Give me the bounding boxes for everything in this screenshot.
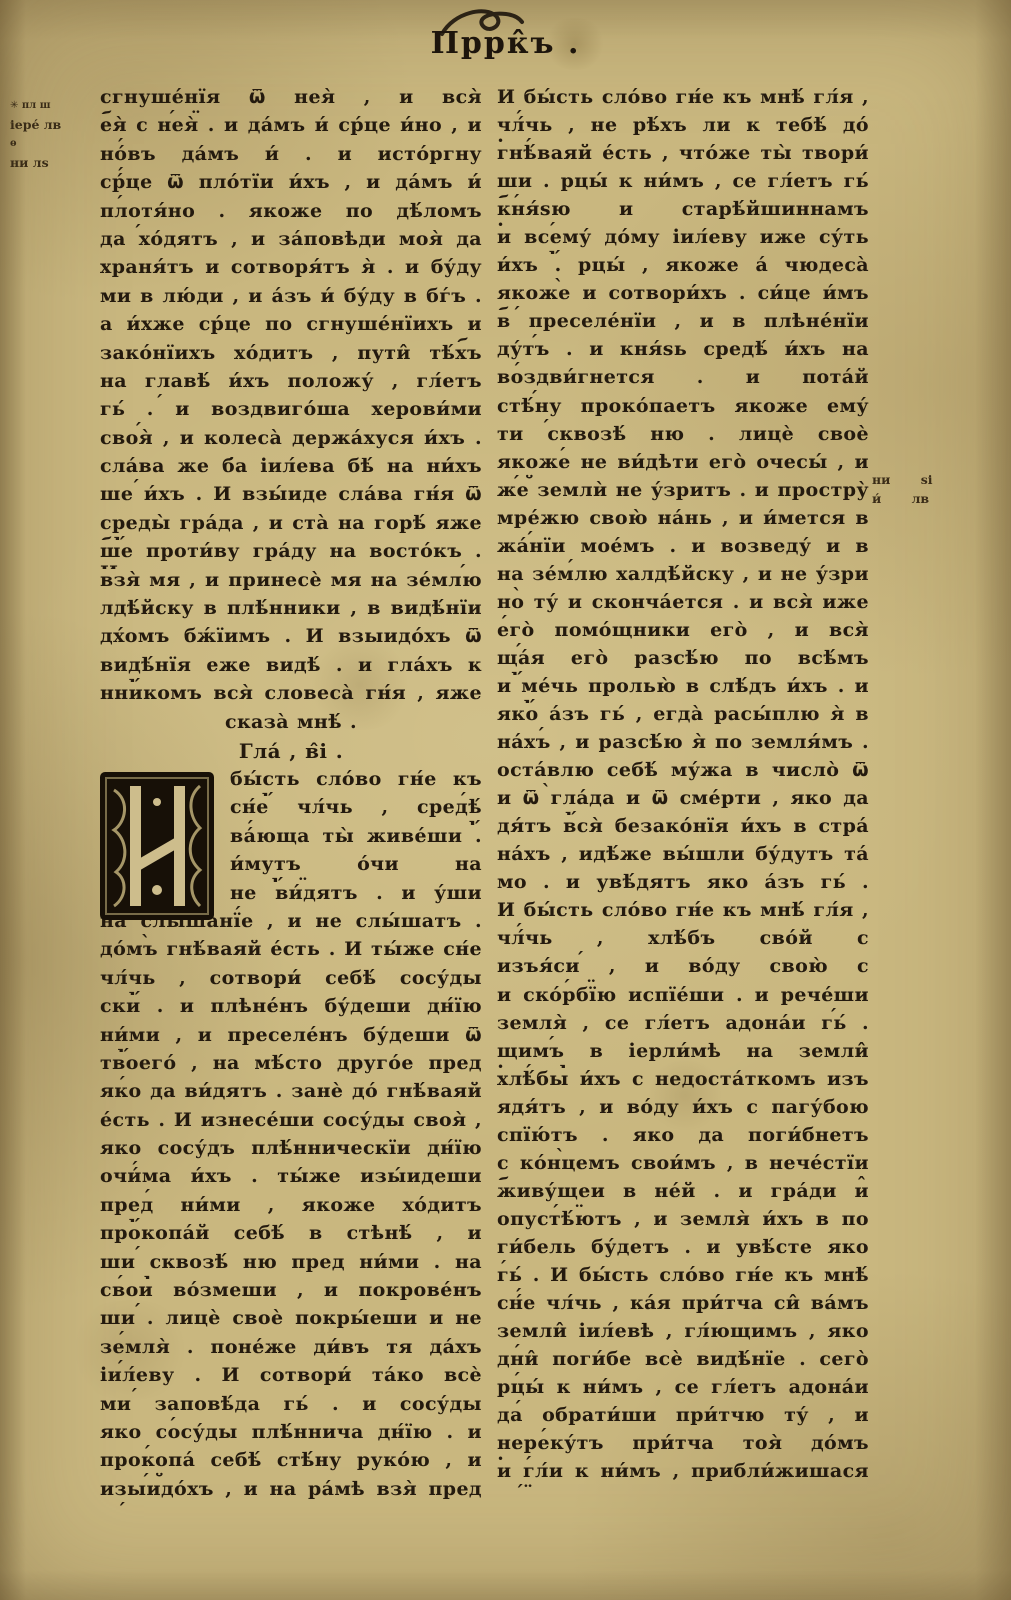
text-line: храня́тъ и сотворя́тъ я̀ . и бу́ду bbox=[100, 256, 482, 284]
text-line: пред ни́ми , якоже хо́дитъ плѣ́нникъ . bbox=[100, 1194, 482, 1222]
text-line: ти сквозѣ́ ню . лицѐ своѐ покры́етъ bbox=[497, 423, 869, 451]
text-line: дх́омъ бж́їимъ . И взыидо́хъ ѿ bbox=[100, 625, 482, 653]
text-line: кня́ѕю и старѣ́йшиннамъ іерли́мле , bbox=[497, 198, 869, 226]
margin-note-left: ✳ пл ш іере́ лв ѳ ни лѕ bbox=[10, 96, 102, 172]
right-column-lines: И бы́сть сло́во гн́е къ мнѣ́ гл́я , сн́е… bbox=[497, 86, 869, 1488]
text-line: ядя́тъ , и во́ду и́хъ с пагу́бою bbox=[497, 1096, 869, 1124]
text-line: мо . и увѣ́дятъ яко а́зъ гь́ . bbox=[497, 871, 869, 899]
text-line: земля̀ , се гл́етъ адона́и гь́ . живу́ bbox=[497, 1012, 869, 1040]
text-line: ше проти́ву гра́ду на восто́къ . И дх́ъ bbox=[100, 540, 482, 568]
text-line: очи́ма и́хъ . ты́же изы́идеши вече́ bbox=[100, 1165, 482, 1193]
text-line: и́хъ . рцы́ , якоже а́ чюдеса̀ творю̀ bbox=[497, 254, 869, 282]
text-line: И бы́сть сло́во гн́е къ мнѣ́ гл́я , сн́е bbox=[497, 86, 869, 114]
text-line: е́сть . И изнесе́ши сосу́ды своя̀ , bbox=[100, 1109, 482, 1137]
text-line: земли̂ іил́евѣ , гл́ющимъ , яко до́лзи bbox=[497, 1320, 869, 1348]
text-line: чл́чь , не рѣ́хъ ли к тебѣ́ до́ іил́евъ bbox=[497, 114, 869, 142]
text-line: яко сосу́ды плѣ́ннича дн́їю . и вече́рь bbox=[100, 1421, 482, 1449]
text-line: до́мъ гнѣ́ваяй е́сть . И ты́же сн́е bbox=[100, 938, 482, 966]
text-line: не ви́дятъ . и у́ши и́му bbox=[230, 882, 482, 910]
text-line: да обрати́ши при́тчю ту́ , и пото́мъ bbox=[497, 1404, 869, 1432]
text-line: зако́нїихъ хо́дитъ , пути̂ тѣ́хъ bbox=[100, 342, 482, 370]
text-line: ски . и плѣне́нъ бу́деши дн́їю пред bbox=[100, 995, 482, 1023]
text-line: и ме́чь пролью̀ в слѣ́дъ и́хъ . и увѣ́дя bbox=[497, 675, 869, 703]
text-line: своя̀ , и колеса̀ держа́хуся и́хъ . bbox=[100, 427, 482, 455]
text-line: воздви́гнется . и пота́й изы́идетъ bbox=[497, 366, 869, 394]
text-line: опустѣ́ютъ , и земля̀ и́хъ в по bbox=[497, 1208, 869, 1236]
text-line: дни̂ поги́бе всѐ видѣ́нїе . сего̀ ра́ди bbox=[497, 1348, 869, 1376]
book-page: Пррк̂ъ . ✳ пл ш іере́ лв ѳ ни лѕ ни ѕі и… bbox=[0, 0, 1011, 1600]
text-line: прокопа́ себѣ́ стѣ́ну руко́ю , и пота́й bbox=[100, 1449, 482, 1477]
text-line: рцы́ к ни́мъ , се гл́етъ адона́и гь́ . bbox=[497, 1376, 869, 1404]
text-line: изыидо́хъ , и на ра́мѣ взя̀ пред ни́ми . bbox=[100, 1478, 482, 1506]
text-line: якоже не ви́дѣти его̀ очесы́ , и то́й bbox=[497, 451, 869, 479]
text-line: земля̀ . поне́же ди́въ тя да́хъ до́му bbox=[100, 1336, 482, 1364]
text-line: плотя́но . якоже по дѣ́ломъ мои́мъ bbox=[100, 200, 482, 228]
margin-ref: и́ лв bbox=[872, 489, 992, 508]
text-line: среды̀ гра́да , и ста̀ на горѣ́ яже бѣ́ bbox=[100, 512, 482, 540]
text-line: нникомъ вся̀ словеса̀ гн́я , яже bbox=[100, 682, 482, 710]
text-line: сн́е чл́чь , ка́я при́тча си̂ ва́мъ на bbox=[497, 1292, 869, 1320]
text-line: и ѿ гла́да и ѿ сме́рти , яко да исповѣ́ bbox=[497, 787, 869, 815]
text-line: чл́чь , сотвори́ себѣ́ сосу́ды плѣ́нниче bbox=[100, 967, 482, 995]
text-line: живу́щеи в не́й . и гра́ди и вселе́нїи bbox=[497, 1180, 869, 1208]
text-line: прокопа́й себѣ́ в стѣнѣ́ , и изы́иде bbox=[100, 1222, 482, 1250]
margin-ref: ✳ пл ш bbox=[10, 96, 102, 115]
text-line: дя́тъ вся̀ безако́нїя и́хъ в стра́ bbox=[497, 815, 869, 843]
text-line: ду́тъ . и кня́ѕь средѣ́ и́хъ на ра́му bbox=[497, 338, 869, 366]
text-line: ми заповѣ́да гь́ . и сосу́ды изнесо́хъ bbox=[100, 1393, 482, 1421]
margin-ref: ѳ bbox=[10, 134, 102, 153]
text-line: и́мутъ о́чи на видѣ́нїе , и bbox=[230, 853, 482, 881]
text-line: бы́сть сло́во гн́е къ мнѣ́ гл́я bbox=[230, 768, 482, 796]
text-line: хлѣ́бы и́хъ с недоста́ткомъ изъ bbox=[497, 1068, 869, 1096]
text-line: ши . лицѐ своѐ покры́еши и не ви́диши bbox=[100, 1307, 482, 1335]
left-column-part2: на слы́шанїе , и не слы́шатъ . занѐдо́мъ… bbox=[100, 910, 482, 1506]
text-line: же землѝ не у́зритъ . и простру̀ bbox=[497, 479, 869, 507]
text-line: чл́чь , хлѣ́бъ сво́й с недоста́тком bbox=[497, 927, 869, 955]
text-line: ни́ми , и преселе́нъ бу́деши ѿ мѣ́ста bbox=[100, 1024, 482, 1052]
text-line: на зе́млю халдѣ́йску , и не у́зри ея̀ bbox=[497, 563, 869, 591]
text-line: ср́це ѿ пло́тїи и́хъ , и да́мъ и́ ср́це bbox=[100, 171, 482, 199]
text-line: ши . рцы́ к ни́мъ , се гл́етъ гь́ бѓъ bbox=[497, 170, 869, 198]
text-line: да хо́дятъ , и за́повѣди моя̀ да ся bbox=[100, 228, 482, 256]
right-column: И бы́сть сло́во гн́е къ мнѣ́ гл́я , сн́е… bbox=[497, 86, 869, 1488]
margin-ref: ни лѕ bbox=[10, 153, 102, 172]
text-line: оста́влю себѣ́ му́жа в число̀ ѿ меча̀ bbox=[497, 759, 869, 787]
text-line: спїю́тъ . яко да поги́бнетъ земля̀ bbox=[497, 1124, 869, 1152]
text-line: а и́хже ср́це по сгнуше́нїихъ и по бе bbox=[100, 313, 482, 341]
text-line: іил́еву . И сотвори́ та́ко всѐ ели́ко bbox=[100, 1364, 482, 1392]
left-column-part1: сгнуше́нїя ѿ нея̀ , и вся̀ безако́нїяея̀… bbox=[100, 86, 482, 711]
text-line: И бы́сть сло́во гн́е къ мнѣ́ гл́я , сн́е bbox=[497, 899, 869, 927]
left-column: сгнуше́нїя ѿ нея̀ , и вся̀ безако́нїяея̀… bbox=[100, 86, 482, 1506]
text-line: ща́я его̀ разсѣ́ю по всѣ́мъ вѣ́тро , bbox=[497, 647, 869, 675]
chapter-heading: Гла́ , в̂і . bbox=[100, 739, 482, 768]
text-line: на главѣ́ и́хъ положу́ , гл́етъ адона́и bbox=[100, 370, 482, 398]
text-line: и гл́и к ни́мъ , прибли́жишася дн́їе bbox=[497, 1460, 869, 1488]
text-line: твоего́ , на мѣ́сто друго́е пред ни́ми bbox=[100, 1052, 482, 1080]
margin-ref: ни ѕі bbox=[872, 470, 992, 489]
text-line: ши сквозѣ́ ню пред ни́ми . на ра́мѣ bbox=[100, 1251, 482, 1279]
text-line: яко да ви́дятъ . занѐ до́ гнѣ́ваяй bbox=[100, 1080, 482, 1108]
text-line: ше и́хъ . И взы́иде сла́ва гн́я ѿ bbox=[100, 483, 482, 511]
drop-cap-initial bbox=[100, 772, 214, 925]
text-line: но́въ да́мъ и́ . и исто́ргну ка́менное bbox=[100, 143, 482, 171]
paragraph-end-line: сказа̀ мнѣ́ . bbox=[100, 711, 482, 739]
running-header: Пррк̂ъ . bbox=[0, 26, 1011, 61]
text-line: гь́ . и воздвиго́ша херови́ми кры́ла bbox=[100, 398, 482, 426]
text-line: свои во́змеши , и покрове́нъ изы́иде bbox=[100, 1279, 482, 1307]
text-line: ми в лю́ди , и а́зъ и́ бу́ду в бѓъ . bbox=[100, 285, 482, 313]
chapter-opening: бы́сть сло́во гн́е къ мнѣ́ гл́ясн́е чл́ч… bbox=[100, 768, 482, 1506]
text-line: гь́ . И бы́сть сло́во гн́е къ мнѣ́ гл́я bbox=[497, 1264, 869, 1292]
text-line: ея̀ с нея̀ . и да́мъ и́ ср́це и́но , и д… bbox=[100, 114, 482, 142]
text-line: лдѣ́йску в плѣ́нники , в видѣ́нїи bbox=[100, 597, 482, 625]
text-line: щимъ в іерли́мѣ на земли̂ іил́евѣ , bbox=[497, 1040, 869, 1068]
text-line: мре́жю свою̀ на́нь , и и́мется в оде́ bbox=[497, 507, 869, 535]
text-line: гнѣ́ваяй е́сть , что́же ты̀ твори́ bbox=[497, 142, 869, 170]
text-line: взя̀ мя , и принесѐ мя на зе́млю ха bbox=[100, 569, 482, 597]
text-line: нереку́тъ при́тча тоя̀ до́мъ іил́въ . bbox=[497, 1432, 869, 1460]
text-line: жа́нїи мое́мъ . и возведу́ и в вавуло́ bbox=[497, 535, 869, 563]
text-line: ва́юща ты̀ живе́ши . иже bbox=[230, 825, 482, 853]
text-line: в преселе́нїи , и в плѣне́нїи изы́и bbox=[497, 310, 869, 338]
text-line: стѣ́ну проко́паетъ якоже ему́ изля́ bbox=[497, 395, 869, 423]
text-line: его̀ помо́щники его̀ , и вся̀ по́емлю bbox=[497, 619, 869, 647]
text-line: и ско́рбїю испїе́ши . и рече́ши к лю́де bbox=[497, 984, 869, 1012]
text-line: сн́е чл́чь , средѣ́ до́му гнѣ́ bbox=[230, 796, 482, 824]
text-line: на́хъ , идѣ́же вы́шли бу́дутъ та́ bbox=[497, 843, 869, 871]
text-line: видѣ́нїя еже видѣ́ . и гла́хъ к плѣ́ bbox=[100, 654, 482, 682]
text-line: яко сосу́дъ плѣ́нническїи дн́їю пре́ bbox=[100, 1137, 482, 1165]
text-line: но ту́ и сконча́ется . и вся̀ иже о́крт bbox=[497, 591, 869, 619]
text-line: ги́бель бу́детъ . и увѣ́сте яко а́зъ bbox=[497, 1236, 869, 1264]
text-line: с ко́нцемъ свои́мъ , в нече́стїи бо вси̂ bbox=[497, 1152, 869, 1180]
text-line: сгнуше́нїя ѿ нея̀ , и вся̀ безако́нїя bbox=[100, 86, 482, 114]
text-line: и всему́ до́му іил́еву иже су́ть средѣ́ bbox=[497, 226, 869, 254]
text-line: сла́ва же б́а іил́ева бѣ́ на ни́хъ свы́ bbox=[100, 455, 482, 483]
text-line: яко а́зъ гь́ , егда̀ расы́плю я̀ в стра́ bbox=[497, 703, 869, 731]
margin-ref: іере́ лв bbox=[10, 115, 102, 134]
text-line: изъя́си , и во́ду свою̀ с страда́нїемъ bbox=[497, 955, 869, 983]
margin-note-right: ни ѕі и́ лв bbox=[872, 470, 992, 508]
text-line: якоже и сотвори́хъ . си́це и́мъ бу́де bbox=[497, 282, 869, 310]
text-line: на́хъ , и разсѣ́ю я̀ по земля́мъ . и bbox=[497, 731, 869, 759]
